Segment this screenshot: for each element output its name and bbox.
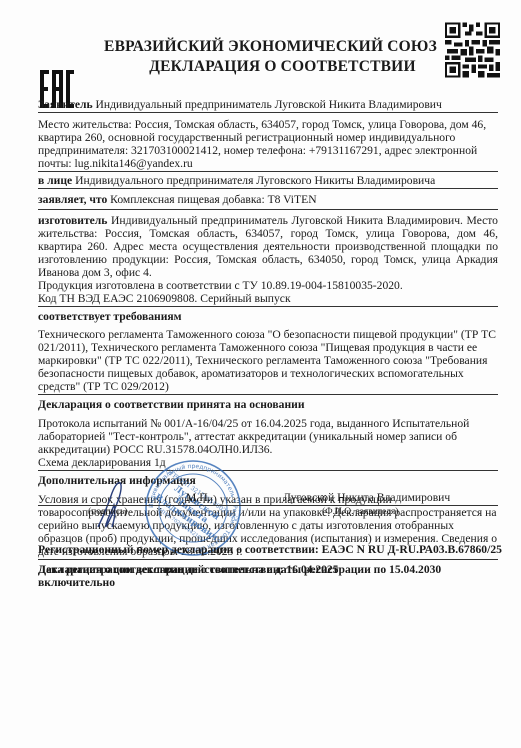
address-row: Место жительства: Россия, Томская област… — [38, 113, 498, 172]
basis-row: Протокола испытаний № 001/А-16/04/25 от … — [38, 415, 498, 471]
registration-date-value: 16.04.2025 — [286, 563, 338, 576]
applicant-name: Луговской Никита Владимирович — [283, 491, 450, 504]
represented-row: в лице Индивидуального предпринимателя Л… — [38, 172, 498, 189]
basis-label: Декларация о соответствии принята на осн… — [38, 395, 498, 415]
registration-date: Дата регистрации декларации о соответств… — [38, 563, 339, 576]
registration-number-value: ЕАЭС N RU Д-RU.РА03.В.67860/25 — [322, 543, 502, 556]
represented-value: Индивидуального предпринимателя Луговско… — [75, 174, 435, 187]
applicant-value: Индивидуальный предприниматель Луговской… — [96, 98, 442, 111]
represented-label: в лице — [38, 174, 72, 187]
basis-scheme: Схема декларирования 1д — [38, 456, 498, 469]
manufacturer-label: изготовитель — [38, 214, 107, 227]
manufacturer-tu: Продукция изготовлена в соответствии с Т… — [38, 279, 498, 292]
requirements-label: соответствует требованиям — [38, 307, 498, 326]
applicant-row: Заявитель Индивидуальный предприниматель… — [38, 96, 498, 113]
header-union-title: ЕВРАЗИЙСКИЙ ЭКОНОМИЧЕСКИЙ СОЮЗ — [0, 38, 521, 56]
header-declaration-title: ДЕКЛАРАЦИЯ О СООТВЕТСТВИИ — [0, 58, 521, 76]
registration-number-label: Регистрационный номер декларации о соотв… — [38, 543, 319, 556]
stamp-place-label: М.П. — [186, 491, 210, 504]
declares-label: заявляет, что — [38, 193, 107, 206]
manufacturer-row: изготовитель Индивидуальный предпринимат… — [38, 210, 498, 307]
declares-row: заявляет, что Комплексная пищевая добавк… — [38, 189, 498, 210]
manufacturer-value: Индивидуальный предприниматель Луговской… — [38, 214, 498, 279]
applicant-name-caption: (Ф.И.О. заявителя) — [322, 507, 398, 517]
product-name: Комплексная пищевая добавка: T8 ViTEN — [110, 193, 316, 206]
manufacturer-code: Код ТН ВЭД ЕАЭС 2106909808. Серийный вып… — [38, 292, 498, 305]
requirements-value: Технического регламента Таможенного союз… — [38, 326, 498, 395]
signature-caption: (подпись) — [88, 507, 127, 517]
registration-number: Регистрационный номер декларации о соотв… — [38, 543, 502, 556]
basis-value: Протокола испытаний № 001/А-16/04/25 от … — [38, 417, 498, 456]
registration-date-label: Дата регистрации декларации о соответств… — [38, 563, 283, 576]
applicant-label: Заявитель — [38, 98, 93, 111]
qr-code-icon — [445, 20, 500, 80]
signature-line — [38, 505, 498, 506]
address-text: Место жительства: Россия, Томская област… — [38, 118, 486, 170]
